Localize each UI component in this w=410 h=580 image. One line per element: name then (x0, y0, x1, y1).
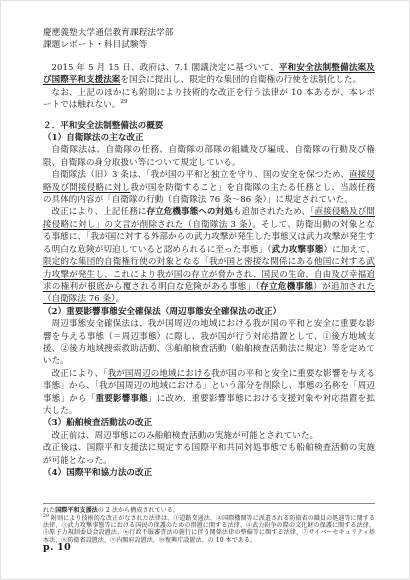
document-header: 慶應義塾大学通信教育課程法学部 課題レポート・科目試験等 (43, 27, 375, 51)
footnote-29: 29 附則により技術的な改正がなされた法律は、①道路交通法、②国際機関等に派遣さ… (43, 515, 375, 544)
subsection-2-heading: （2）重要影響事態安全確保法（周辺事態安全確保法の改正） (43, 306, 375, 318)
text-run: 2015 年 5 月 15 日、政府は、7.1 閣議決定に基づいて、 (52, 63, 279, 73)
subsection-2-paragraph-1: 周辺事態安全確保法は、我が国周辺の地域における我が国の平和と安全に重要な影響を与… (43, 318, 375, 368)
page-number: p. 10 (43, 542, 71, 553)
subsection-1-paragraph-3: 改正により、上記任務に存立危機事態への対処も追加されたため、「直接侵略及び間接侵… (43, 206, 375, 305)
section-2-title: ２．平和安全法制整備法の概要 (43, 120, 375, 132)
survival-crisis-response-bold: 存立危機事態への対処 (146, 207, 232, 217)
text-run: 改正により、「 (52, 369, 108, 379)
intro-paragraph-1: 2015 年 5 月 15 日、政府は、7.1 閣議決定に基づいて、平和安全法制… (43, 62, 375, 87)
subsection-3-heading: （3）船舶検査活動法の改正 (43, 417, 375, 429)
subsection-3-paragraph-1: 改正前は、周辺事態にのみ船舶検査活動の実施が可能とされていた。 (43, 430, 375, 442)
text-run: 自衛隊法（旧）3 条は、「我が国の平和と独立を守り、国の安全を保つため、 (52, 170, 350, 180)
university-faculty-line: 慶應義塾大学通信教育課程法学部 (43, 27, 375, 39)
survival-crisis-situation-bold-underline: 存立危機事態 (260, 282, 313, 292)
report-page: 慶應義塾大学通信教育課程法学部 課題レポート・科目試験等 2015 年 5 月 … (0, 0, 410, 580)
text-run: を国会に提出し、限定的な集団的自衛権の行使を法制化した。 (120, 75, 361, 85)
text-run: ）に加えて、 (323, 245, 375, 255)
report-type-line: 課題レポート・科目試験等 (43, 39, 375, 51)
subsection-2-paragraph-2: 改正により、「我が国周辺の地域における我が国の平和と安全に重要な影響を与える事態… (43, 368, 375, 418)
footnote-28-continuation: れた国際平和支援法の 2 法から構成されている。 (43, 507, 375, 514)
text-run: の 2 法から構成されている。 (98, 507, 179, 514)
text-run: なお、上記のほかにも附則により技術的な改正を行う法律が 10 本あるが、本レポー… (43, 88, 375, 110)
international-peace-support-law-bold: 国際平和支援法 (55, 507, 98, 514)
text-run: 改正により、上記任務に (52, 207, 147, 217)
text-run: も追加されたため、 (233, 207, 310, 217)
text-run: 。 (116, 294, 125, 304)
regional-phrase-underline: 我が国周辺の地域における (108, 369, 212, 379)
footnote-reference-29: 29 (120, 99, 127, 105)
subsection-1-paragraph-2: 自衛隊法（旧）3 条は、「我が国の平和と独立を守り、国の安全を保つため、直接侵略… (43, 169, 375, 206)
subsection-3-paragraph-2: 改正後は、国際平和支援法に規定する国際平和共同対処事態でも船舶検査活動の実施が可… (43, 442, 375, 467)
subsection-1-heading: （1）自衛隊法の主な改正 (43, 132, 375, 144)
footnote-area: れた国際平和支援法の 2 法から構成されている。 29 附則により技術的な改正が… (43, 503, 375, 543)
important-influence-situation-bold: 重要影響事態 (96, 394, 149, 404)
footnote-29-text: 附則により技術的な改正がなされた法律は、①道路交通法、②国際機関等に派遣される防… (43, 515, 375, 544)
intro-paragraph-2: なお、上記のほかにも附則により技術的な改正を行う法律が 10 本あるが、本レポー… (43, 87, 375, 112)
armed-attack-situation-bold: 武力攻撃事態 (272, 245, 324, 255)
document-body: 2015 年 5 月 15 日、政府は、7.1 閣議決定に基づいて、平和安全法制… (43, 62, 375, 479)
subsection-1-paragraph-1: 自衛隊法は、自衛隊の任務、自衛隊の部隊の組織及び編成、自衛隊の行動及び権限、自衛… (43, 144, 375, 169)
subsection-4-heading: （4）国際平和協力法の改正 (43, 467, 375, 479)
